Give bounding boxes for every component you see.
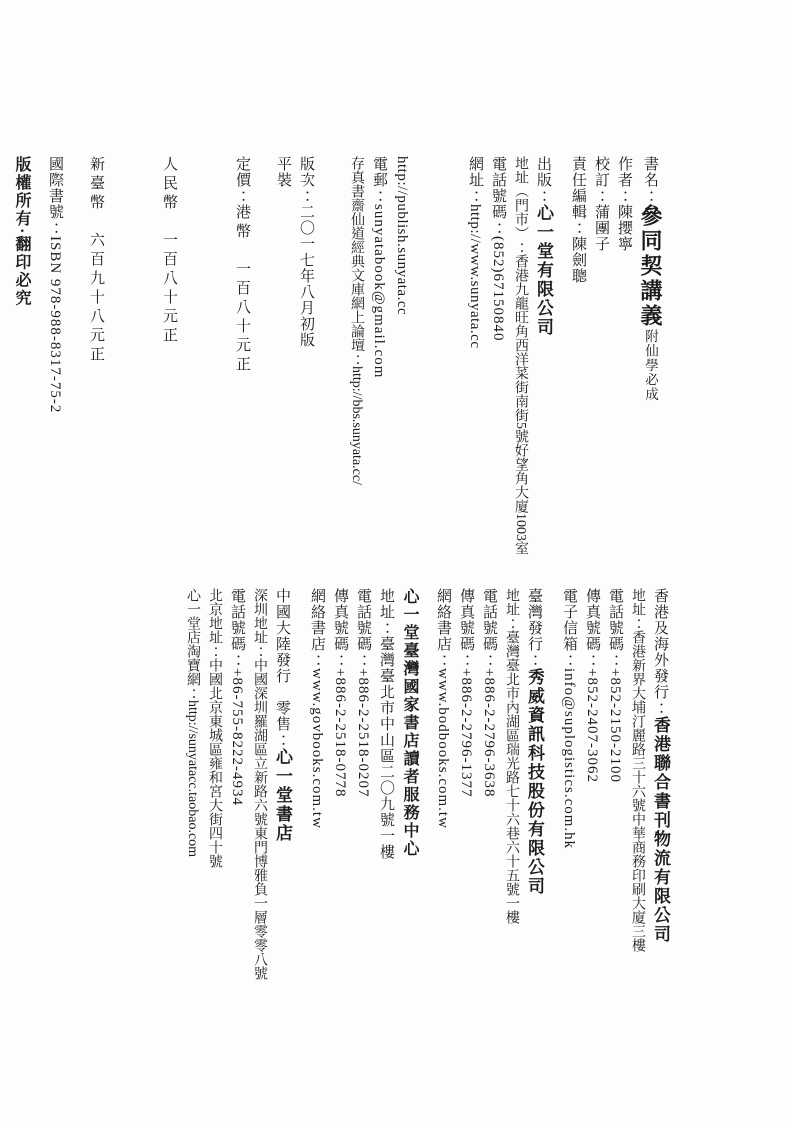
tw-service-phone-line: 電話號碼：+886-2-2518-0207 [355,588,370,980]
cn-taobao-line: 心一堂店淘寶網：http://sunyatacc.taobao.com [185,588,199,980]
hk-phone-line: 電話號碼：+852-2150-2100 [607,588,622,980]
cn-shenzhen-address-line: 深圳地址：中國深圳羅湖區立新路六號東門博雅負一層零零八號 [252,588,266,980]
tw-distribution-heading: 臺灣發行：秀威資訊科技股份有限公司 [526,588,543,980]
tw-store-line: 網絡書店：www.bodbooks.com.tw [435,588,450,980]
binding-line: 平裝 [275,156,290,555]
publisher-label: 出版： [535,156,551,204]
tw-service-fax-line: 傳真號碼：+886-2-2518-0778 [332,588,347,980]
price-rmb-line: 人民幣 一百八十元正 [161,156,226,555]
cn-distributor-name: 心一堂書店 [273,748,292,843]
cn-phone-line: 電話號碼：+86-755-8222-4934 [229,588,244,980]
publisher-line: 出版：心一堂有限公司 [535,156,552,555]
hk-fax-line: 傳真號碼：+852-2407-3062 [584,588,599,980]
cn-distribution-label: 中國大陸發行 零售： [274,588,290,748]
publisher-phone-line: 電話號碼：(852)67150840 [490,156,505,555]
price-hkd: 港幣 一百八十元正 [234,204,250,375]
price-ntd-line: 新臺幣 六百九十八元正 [88,156,153,555]
publisher-website-line-1: 網址：http://www.sunyata.cc [467,156,482,555]
publisher-website-line-2: http://publish.sunyata.cc [394,156,459,555]
website-label: 網址： [467,156,483,204]
book-title-label: 書名： [642,156,658,204]
edition-line: 版次：二〇一七年八月初版 [298,156,313,555]
publisher-address-line: 地址（門市）：香港九龍旺角西洋菜街南街5號好望角大廈1003室 [513,156,527,555]
book-author-line: 作者：陳攖寧 [616,156,631,555]
forum-line: 存真書齋仙道經典文庫網上論壇：http://bbs.sunyata.cc/ [349,156,363,555]
tw-service-center-heading: 心一堂臺灣國家書店讀者服務中心 [401,588,417,980]
cn-distribution-heading: 中國大陸發行 零售：心一堂書店 [274,588,291,980]
hk-address-line: 地址：香港新界大埔汀麗路三十六號中華商務印刷大廈三樓 [630,588,644,980]
book-title-line: 書名：參同契講義附仙學必成 [639,156,661,555]
hk-email-line: 電子信箱：info@suplogistics.com.hk [561,588,576,980]
tw-address-line: 地址：臺灣臺北市內湖區瑞光路七十六巷六十五號一樓 [504,588,518,980]
hk-distributor-name: 香港聯合書刊物流有限公司 [651,716,670,944]
hk-distribution-heading: 香港及海外發行：香港聯合書刊物流有限公司 [652,588,669,980]
tw-phone-line: 電話號碼：+886-2-2796-3638 [481,588,496,980]
publisher-name: 心一堂有限公司 [534,204,553,337]
tw-distributor-name: 秀威資訊科技股份有限公司 [525,668,544,896]
website-url-1: http://www.sunyata.cc [467,204,483,349]
book-title-annex: 附仙學必成 [643,329,668,402]
hk-distribution-label: 香港及海外發行： [652,588,668,716]
price-label: 定價： [234,156,250,204]
distribution-block: 香港及海外發行：香港聯合書刊物流有限公司 地址：香港新界大埔汀麗路三十六號中華商… [185,588,669,980]
price-hkd-line: 定價：港幣 一百八十元正 [234,156,249,555]
colophon-page: 書名：參同契講義附仙學必成 作者：陳攖寧 校訂：蒲團子 責任編輯：陳劍聰 出版：… [0,0,791,1122]
isbn-line: 國際書號：ISBN 978-988-8317-75-2 [47,156,62,555]
book-proofreader-line: 校訂：蒲團子 [593,156,608,555]
book-editor-line: 責任編輯：陳劍聰 [570,156,585,555]
copyright-notice: 版權所有·翻印必究 [13,156,29,555]
cn-beijing-address-line: 北京地址：中國北京東城區雍和宮大街四十號 [207,588,221,980]
publisher-email-line: 電郵：sunyatabook@gmail.com [371,156,386,555]
tw-distribution-label: 臺灣發行： [526,588,542,668]
colophon-top-block: 書名：參同契講義附仙學必成 作者：陳攖寧 校訂：蒲團子 責任編輯：陳劍聰 出版：… [13,156,661,555]
book-title: 參同契講義 [638,204,663,329]
tw-fax-line: 傳真號碼：+886-2-2796-1377 [458,588,473,980]
tw-service-store-line: 網絡書店：www.govbooks.com.tw [309,588,324,980]
tw-service-address-line: 地址：臺灣臺北市中山區二〇九號一樓 [378,588,393,980]
